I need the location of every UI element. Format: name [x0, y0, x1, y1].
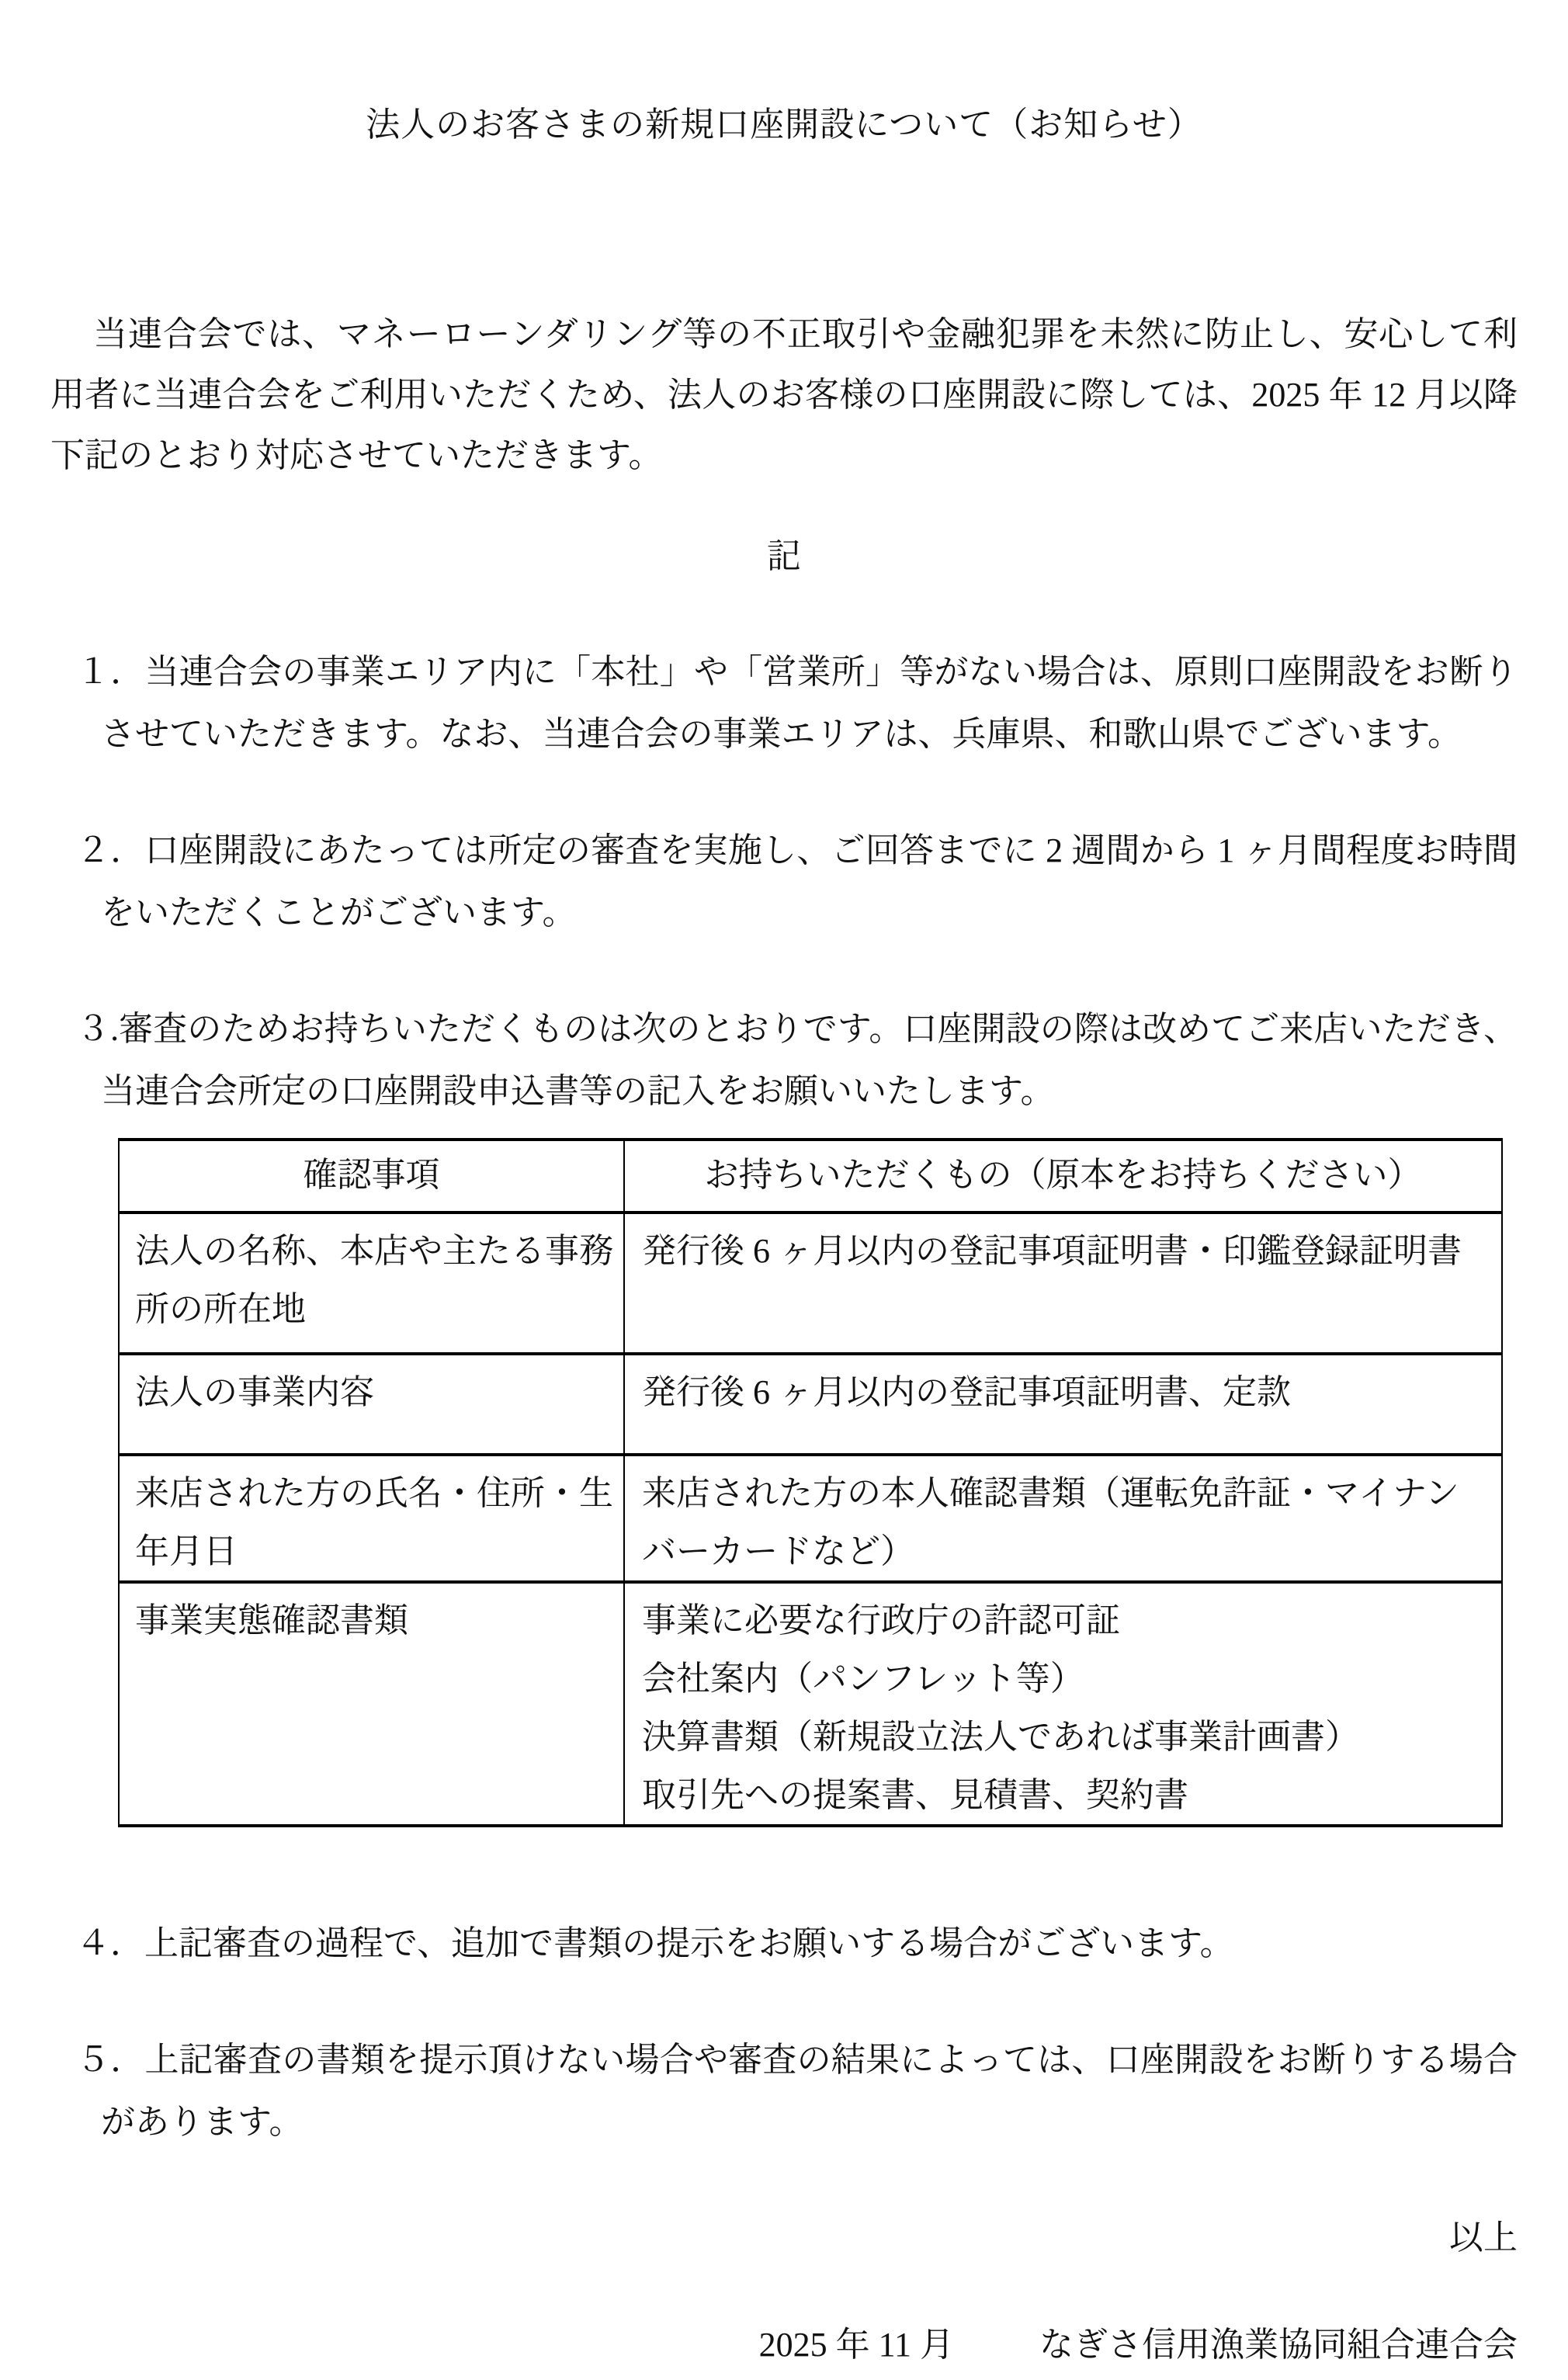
- footer-organization: なぎさ信用漁業協同組合連合会: [1039, 2326, 1518, 2364]
- record-marker: 記: [50, 526, 1518, 587]
- list-item-2: ２．口座開設にあたっては所定の審査を実施し、ご回答までに 2 週間から 1 ヶ月…: [50, 820, 1518, 944]
- list-item-4: ４．上記審査の過程で、追加で書類の提示をお願いする場合がございます。: [50, 1913, 1518, 1975]
- list-item-1: １．当連合会の事業エリア内に「本社」や「営業所」等がない場合は、原則口座開設をお…: [50, 641, 1518, 765]
- list-item-1-text: 当連合会の事業エリア内に「本社」や「営業所」等がない場合は、原則口座開設をお断り…: [101, 653, 1518, 753]
- page-title: 法人のお客さまの新規口座開設について（お知らせ）: [50, 101, 1518, 149]
- table-cell-item: 来店された方の氏名・住所・生年月日: [119, 1455, 624, 1582]
- document-line: 発行後 6 ヶ月以内の登記事項証明書、定款: [642, 1363, 1487, 1421]
- intro-paragraph: 当連合会では、マネーローンダリング等の不正取引や金融犯罪を未然に防止し、安心して…: [50, 304, 1518, 486]
- numbered-list-top: １．当連合会の事業エリア内に「本社」や「営業所」等がない場合は、原則口座開設をお…: [50, 641, 1518, 1122]
- table-row: 法人の名称、本店や主たる事務所の所在地 発行後 6 ヶ月以内の登記事項証明書・印…: [119, 1213, 1502, 1354]
- list-item-3-number: ３.: [76, 1010, 119, 1048]
- table-row: 来店された方の氏名・住所・生年月日 来店された方の本人確認書類（運転免許証・マイ…: [119, 1455, 1502, 1582]
- table-cell-item: 法人の事業内容: [119, 1354, 624, 1455]
- table-row: 事業実態確認書類 事業に必要な行政庁の許認可証 会社案内（パンフレット等） 決算…: [119, 1582, 1502, 1826]
- list-item-4-number: ４．: [76, 1924, 144, 1962]
- list-item-2-text: 口座開設にあたっては所定の審査を実施し、ご回答までに 2 週間から 1 ヶ月間程…: [101, 831, 1518, 932]
- document-line: 来店された方の本人確認書類（運転免許証・マイナンバーカードなど）: [642, 1464, 1487, 1580]
- list-item-3-text: 審査のためお持ちいただくものは次のとおりです。口座開設の際は改めてご来店いただき…: [101, 1010, 1518, 1110]
- required-documents-table: 確認事項 お持ちいただくもの（原本をお持ちください） 法人の名称、本店や主たる事…: [118, 1138, 1503, 1827]
- document-line: 発行後 6 ヶ月以内の登記事項証明書・印鑑登録証明書: [642, 1222, 1487, 1280]
- document-line: 事業に必要な行政庁の許認可証: [642, 1591, 1487, 1650]
- closing-marker: 以上: [50, 2208, 1518, 2268]
- table-cell-documents: 事業に必要な行政庁の許認可証 会社案内（パンフレット等） 決算書類（新規設立法人…: [624, 1582, 1502, 1826]
- table-cell-item: 法人の名称、本店や主たる事務所の所在地: [119, 1213, 624, 1354]
- footer-line: 2025 年 11 月なぎさ信用漁業協同組合連合会: [50, 2315, 1518, 2375]
- document-line: 会社案内（パンフレット等）: [642, 1650, 1487, 1708]
- list-item-4-text: 上記審査の過程で、追加で書類の提示をお願いする場合がございます。: [144, 1924, 1234, 1962]
- table-cell-documents: 来店された方の本人確認書類（運転免許証・マイナンバーカードなど）: [624, 1455, 1502, 1582]
- list-item-3: ３.審査のためお持ちいただくものは次のとおりです。口座開設の際は改めてご来店いた…: [50, 998, 1518, 1122]
- table-cell-item: 事業実態確認書類: [119, 1582, 624, 1826]
- document-line: 決算書類（新規設立法人であれば事業計画書）: [642, 1708, 1487, 1766]
- list-item-5: ５．上記審査の書類を提示頂けない場合や審査の結果によっては、口座開設をお断りする…: [50, 2029, 1518, 2153]
- table-cell-documents: 発行後 6 ヶ月以内の登記事項証明書・印鑑登録証明書: [624, 1213, 1502, 1354]
- list-item-5-text: 上記審査の書類を提示頂けない場合や審査の結果によっては、口座開設をお断りする場合…: [101, 2041, 1518, 2141]
- list-item-5-number: ５．: [76, 2041, 144, 2079]
- table-cell-documents: 発行後 6 ヶ月以内の登記事項証明書、定款: [624, 1354, 1502, 1455]
- table-row: 法人の事業内容 発行後 6 ヶ月以内の登記事項証明書、定款: [119, 1354, 1502, 1455]
- document-page: 法人のお客さまの新規口座開設について（お知らせ） 当連合会では、マネーローンダリ…: [0, 0, 1568, 2380]
- numbered-list-bottom: ４．上記審査の過程で、追加で書類の提示をお願いする場合がございます。 ５．上記審…: [50, 1913, 1518, 2153]
- table-header-item: 確認事項: [119, 1140, 624, 1213]
- list-item-2-number: ２．: [76, 831, 144, 869]
- list-item-1-number: １．: [76, 653, 144, 691]
- table-header-row: 確認事項 お持ちいただくもの（原本をお持ちください）: [119, 1140, 1502, 1213]
- table-header-documents: お持ちいただくもの（原本をお持ちください）: [624, 1140, 1502, 1213]
- document-line: 取引先への提案書、見積書、契約書: [642, 1766, 1487, 1824]
- footer-date: 2025 年 11 月: [759, 2326, 954, 2364]
